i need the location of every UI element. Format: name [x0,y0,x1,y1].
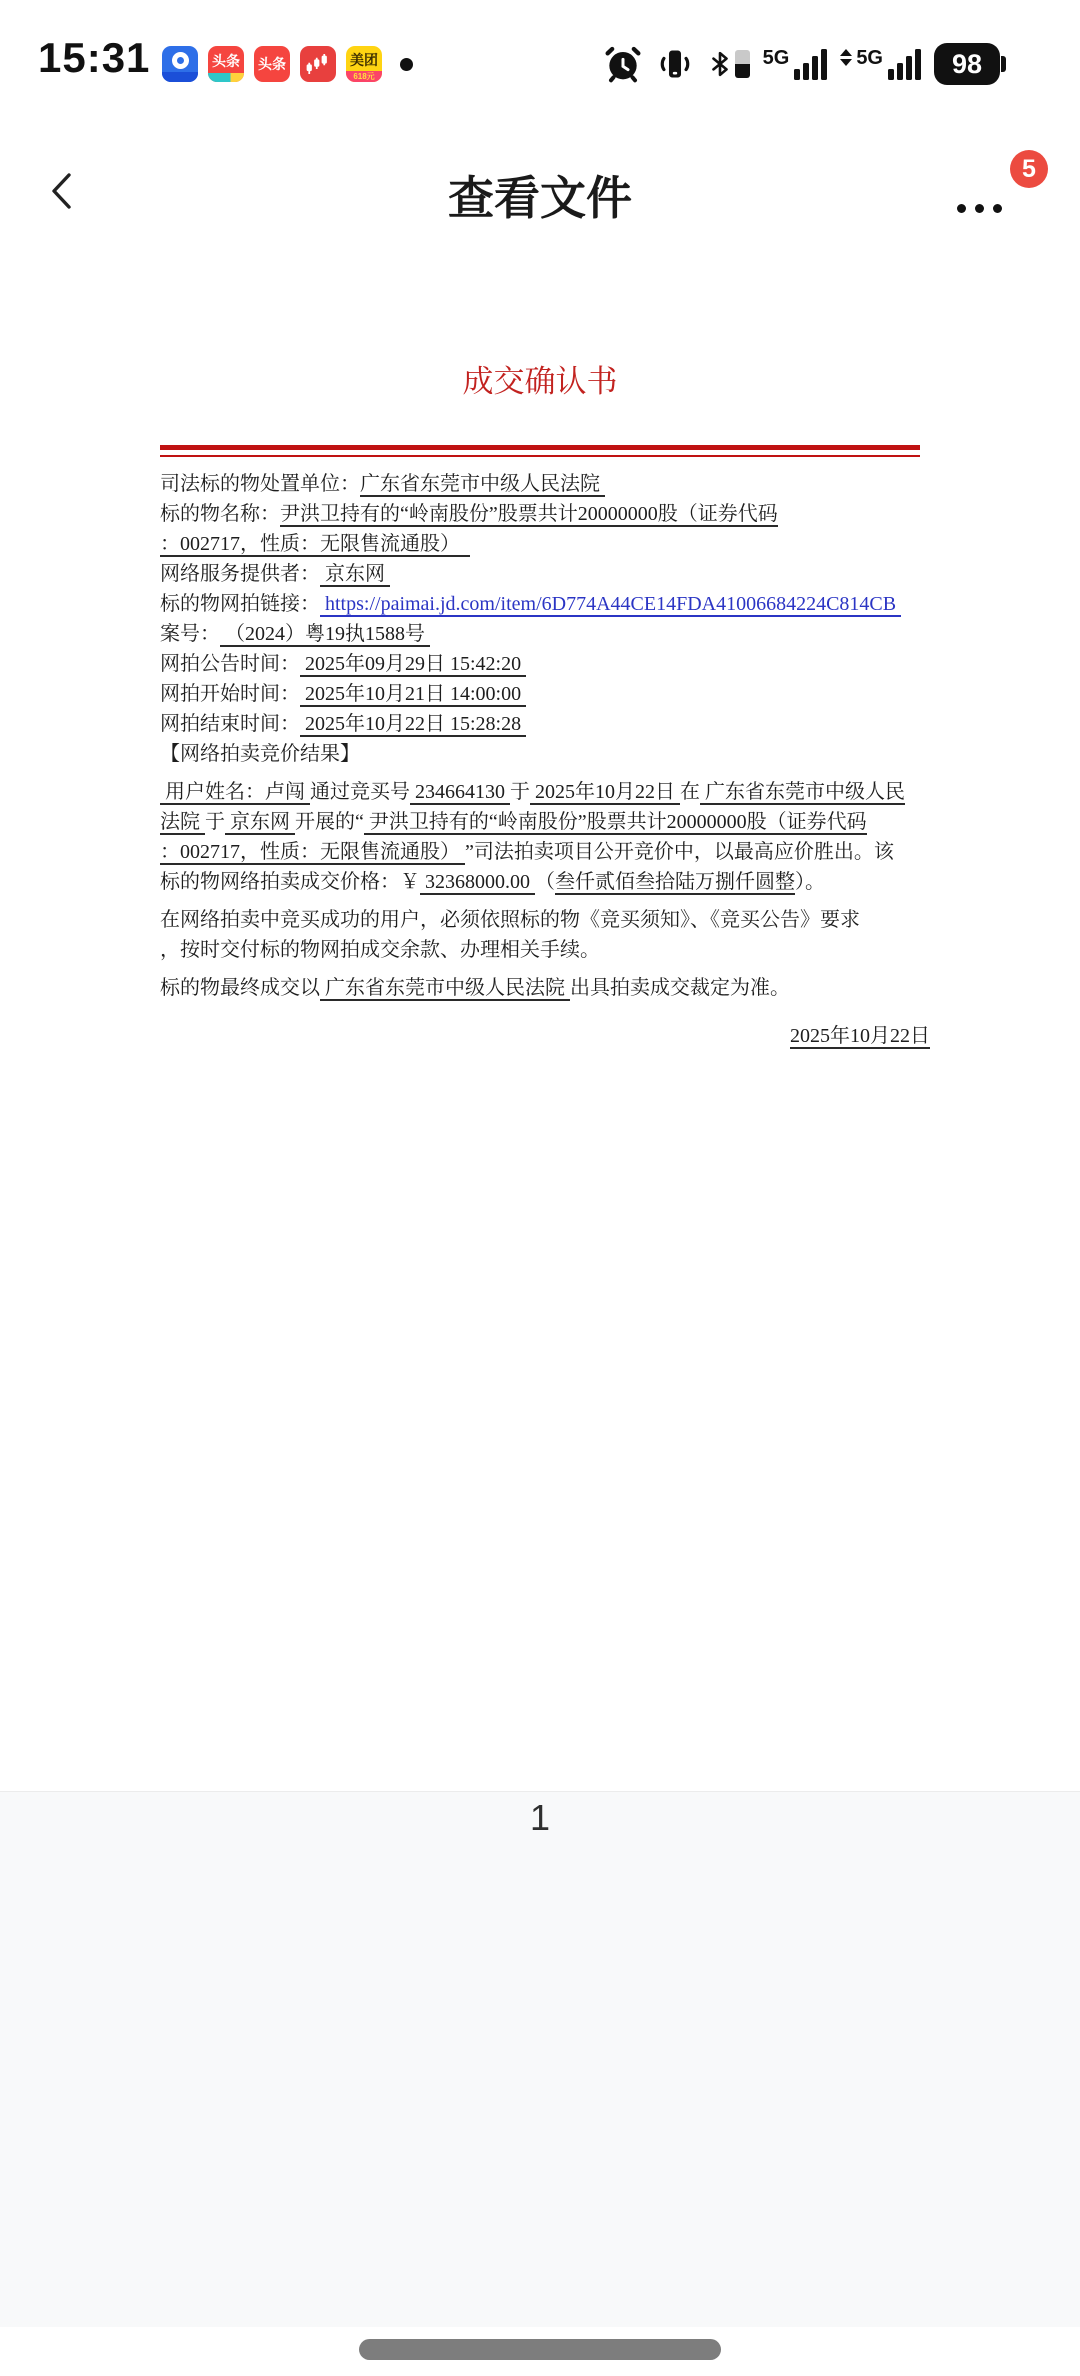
document-line: 法院 于 京东网 开展的“ 尹洪卫持有的“岭南股份”股票共计20000000股（… [160,807,930,837]
document-line: 标的物网拍链接： https://paimai.jd.com/item/6D77… [160,589,930,619]
doc-text-segment: 通过竞买号 [310,781,410,803]
sim1-signal-bars [794,49,827,80]
sim1-signal-icon: 5G [763,48,828,80]
doc-text-segment: 标的物网络拍卖成交价格：￥ [160,871,420,893]
doc-text-segment: 在 [680,781,700,803]
status-bar: 15:31 头条 头条 [0,0,1080,92]
vibrate-icon [656,44,694,84]
page-number: 1 [0,1797,1080,1839]
document-line: 标的物名称：尹洪卫持有的“岭南股份”股票共计20000000股（证券代码 [160,499,930,529]
browser-logo-ring [172,52,189,69]
doc-text-segment: 2025年10月22日 [790,1025,930,1049]
document-line: 网络服务提供者： 京东网 [160,559,930,589]
doc-text-segment: ，按时交付标的物网拍成交余款、办理相关手续。 [160,939,600,961]
battery-indicator: 98 [934,43,1000,85]
document-title: 成交确认书 [0,356,1080,401]
toutiao-app-icon: 头条 [208,46,244,82]
doc-text-segment: 广东省东莞市中级人民法院 [320,977,570,1001]
doc-text-segment: ”司法拍卖项目公开竞价中，以最高应价胜出。该 [465,841,894,863]
doc-text-segment: 于 [205,811,225,833]
doc-text-segment: 案号： [160,623,220,645]
doc-text-segment: ：002717，性质：无限售流通股） [160,841,465,865]
document-line: 标的物网络拍卖成交价格：￥ 32368000.00 （叁仟贰佰叁拾陆万捌仟圆整）… [160,867,930,897]
phone-screen: 15:31 头条 头条 [0,0,1080,2376]
sim2-signal-icon: 5G [840,48,921,80]
doc-text-segment: 2025年10月21日 14:00:00 [300,683,526,707]
page-title: 查看文件 [0,162,1080,228]
document-line: 案号： （2024）粤19执1588号 [160,619,930,649]
notification-overflow-dot-icon [400,58,413,71]
doc-text-segment: 京东网 [320,563,390,587]
doc-text-segment: 网拍公告时间： [160,653,300,675]
document-line: 2025年10月22日 [160,1021,930,1051]
notification-badge: 5 [1010,150,1048,188]
auction-item-link[interactable]: https://paimai.jd.com/item/6D774A44CE14F… [320,593,901,617]
meituan-icon-banner: 618元 [346,71,382,82]
status-icons: 5G 5G 98 [603,44,1000,84]
clock-time: 15:31 [38,34,150,82]
toutiao-lite-icon-label: 头条 [258,57,286,71]
sim2-network-type: 5G [856,48,883,68]
doc-text-segment: 京东网 [225,811,295,835]
meituan-app-icon: 美团 618元 [346,46,382,82]
doc-text-segment: 广东省东莞市中级人民法院 [360,473,605,497]
document-line: 网拍开始时间： 2025年10月21日 14:00:00 [160,679,930,709]
doc-text-segment: 广东省东莞市中级人民 [700,781,905,805]
system-navigation-bar [0,2327,1080,2376]
document-line: 网拍结束时间： 2025年10月22日 15:28:28 [160,709,930,739]
app-header: 查看文件 5 [0,92,1080,252]
doc-text-segment: 2025年10月22日 15:28:28 [300,713,526,737]
candlestick-glyph [303,49,333,79]
sim2-signal-bars [888,49,921,80]
document-line: 在网络拍卖中竞买成功的用户，必须依照标的物《竞买须知》、《竞买公告》要求 [160,905,930,935]
home-indicator[interactable] [359,2339,721,2360]
doc-text-segment: 234664130 [410,781,510,805]
doc-text-segment: 网拍结束时间： [160,713,300,735]
doc-text-segment: ：002717，性质：无限售流通股） [160,533,470,557]
stock-app-icon [300,46,336,82]
doc-text-segment: 标的物名称： [160,503,280,525]
document-line: 司法标的物处置单位：广东省东莞市中级人民法院 [160,469,930,499]
doc-text-segment: 用户姓名：卢闯 [160,781,310,805]
bluetooth-device-battery [707,45,750,83]
doc-text-segment: 网拍开始时间： [160,683,300,705]
doc-text-segment: 在网络拍卖中竞买成功的用户，必须依照标的物《竞买须知》、《竞买公告》要求 [160,909,860,931]
doc-text-segment: （2024）粤19执1588号 [220,623,430,647]
doc-text-segment: （ [535,871,555,893]
document-body: 司法标的物处置单位：广东省东莞市中级人民法院 标的物名称：尹洪卫持有的“岭南股份… [160,469,930,1051]
doc-text-segment: 司法标的物处置单位： [160,473,360,495]
sim1-network-type: 5G [763,48,790,68]
document-line: 用户姓名：卢闯 通过竞买号 234664130 于 2025年10月22日 在 … [160,777,930,807]
document-line: 网拍公告时间： 2025年09月29日 15:42:20 [160,649,930,679]
red-rule-thin [160,455,920,457]
bluetooth-battery-icon [735,50,750,78]
meituan-icon-label: 美团 [350,53,378,67]
document-line: ：002717，性质：无限售流通股） ”司法拍卖项目公开竞价中，以最高应价胜出。… [160,837,930,867]
document-page: 成交确认书 司法标的物处置单位：广东省东莞市中级人民法院 标的物名称：尹洪卫持有… [0,252,1080,1051]
document-line: ，按时交付标的物网拍成交余款、办理相关手续。 [160,935,930,965]
doc-text-segment: 2025年10月22日 [530,781,680,805]
doc-text-segment: ）。 [795,871,825,893]
doc-text-segment: 叁仟贰佰叁拾陆万捌仟圆整 [555,871,795,895]
ellipsis-dot [957,204,966,213]
document-line: ：002717，性质：无限售流通股） [160,529,930,559]
toutiao-icon-label: 头条 [212,54,240,68]
doc-text-segment: 于 [510,781,530,803]
doc-text-segment: 标的物最终成交以 [160,977,320,999]
toutiao-icon-banner [208,73,244,82]
toutiao-lite-app-icon: 头条 [254,46,290,82]
doc-text-segment: 2025年09月29日 15:42:20 [300,653,526,677]
doc-text-segment: 32368000.00 [420,871,535,895]
doc-text-segment: 开展的“ [295,811,364,833]
doc-text-segment: 出具拍卖成交裁定为准。 [570,977,790,999]
viewer-background: 1 [0,1791,1080,2327]
doc-text-segment: 法院 [160,811,205,835]
doc-text-segment: 标的物网拍链接： [160,593,320,615]
doc-text-segment: 尹洪卫持有的“岭南股份”股票共计20000000股（证券代码 [280,503,778,527]
battery-percent: 98 [952,49,982,80]
alarm-icon [603,44,643,84]
browser-app-icon [162,46,198,82]
doc-text-segment: 尹洪卫持有的“岭南股份”股票共计20000000股（证券代码 [364,811,867,835]
document-line: 标的物最终成交以 广东省东莞市中级人民法院 出具拍卖成交裁定为准。 [160,973,930,1003]
doc-text-segment: 【网络拍卖竞价结果】 [160,743,360,765]
double-red-rule [160,445,920,457]
data-transfer-arrows-icon [840,49,852,66]
bluetooth-icon [707,45,733,83]
doc-text-segment: 网络服务提供者： [160,563,320,585]
notification-app-icons: 头条 头条 美团 618元 [162,46,413,82]
browser-icon-banner [162,72,198,82]
red-rule-thick [160,445,920,450]
more-menu-button[interactable] [944,188,1014,228]
document-line: 【网络拍卖竞价结果】 [160,739,930,769]
